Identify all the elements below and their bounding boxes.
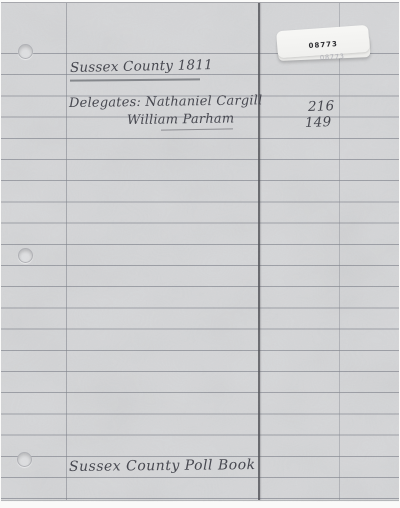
column-divider-line xyxy=(258,3,260,500)
handwritten-footer: Sussex County Poll Book xyxy=(69,457,256,475)
punch-hole xyxy=(18,248,33,263)
right-column-line xyxy=(339,3,340,500)
handwritten-entry-value: 216 xyxy=(308,98,335,115)
handwritten-entry-label: Delegates: Nathaniel Cargill xyxy=(69,93,263,111)
punch-hole xyxy=(18,44,33,59)
handwritten-entry-label: William Parham xyxy=(127,112,235,128)
sticker-number: 08773 xyxy=(308,40,338,50)
handwritten-entry-value: 149 xyxy=(305,114,332,131)
punch-hole xyxy=(17,452,32,467)
margin-line xyxy=(66,3,67,500)
scanned-ledger-page: Sussex County 1811 Delegates: Nathaniel … xyxy=(1,2,399,501)
sticker-ghost-number: 08773 xyxy=(320,52,345,62)
handwritten-title: Sussex County 1811 xyxy=(70,57,213,76)
catalog-sticker-stack: 08773 08773 xyxy=(275,25,377,69)
